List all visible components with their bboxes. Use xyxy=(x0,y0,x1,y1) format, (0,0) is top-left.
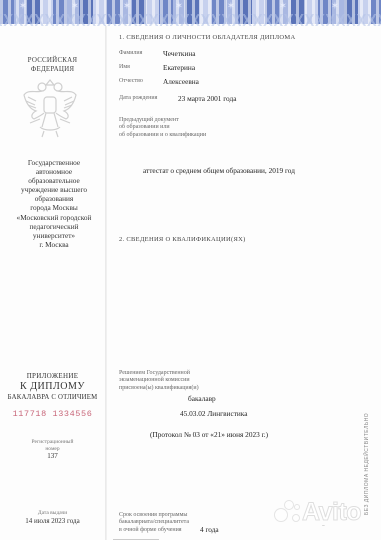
appendix-line: БАКАЛАВРА С ОТЛИЧИЕМ xyxy=(0,394,105,401)
previous-document-label: Предыдущий документ об образовании или о… xyxy=(119,117,206,139)
left-page: РОССИЙСКАЯ ФЕДЕРАЦИЯ Государственное авт… xyxy=(0,24,105,540)
surname-value: Чечеткина xyxy=(163,49,196,58)
duration-value: 4 года xyxy=(200,525,219,534)
right-page: 1. СВЕДЕНИЯ О ЛИЧНОСТИ ОБЛАДАТЕЛЯ ДИПЛОМ… xyxy=(108,24,381,540)
star-pattern-icon: ✶ xyxy=(278,2,288,12)
institution-line: университет» xyxy=(4,231,104,240)
institution-line: образовательное xyxy=(4,176,104,185)
appendix-line: ПРИЛОЖЕНИЕ xyxy=(0,372,105,380)
signature-mark: ~ xyxy=(322,524,325,529)
avito-brand-text: Avito xyxy=(302,498,361,527)
institution-line: города Москвы xyxy=(4,203,104,212)
duration-label: Срок освоения программы бакалавриата/спе… xyxy=(119,512,189,534)
protocol-value: (Протокол № 03 от «21» июня 2023 г.) xyxy=(150,430,268,439)
coat-of-arms-icon xyxy=(22,79,78,139)
country-name: РОССИЙСКАЯ ФЕДЕРАЦИЯ xyxy=(0,56,105,74)
institution-line: учреждение высшего xyxy=(4,185,104,194)
label-line: об образовании или xyxy=(119,124,206,131)
country-line: РОССИЙСКАЯ xyxy=(0,56,105,65)
star-pattern-icon: ✶ xyxy=(174,2,184,12)
page-fold xyxy=(105,26,107,540)
security-pattern-banner: ✶ ✶ ✶ ✶ ✶ ✶ ✶ xyxy=(0,0,381,24)
appendix-line: К ДИПЛОМУ xyxy=(0,381,105,392)
star-pattern-icon: ✶ xyxy=(70,2,80,12)
surname-label: Фамилия xyxy=(119,50,142,56)
label-line: об образовании и о квалификации xyxy=(119,132,206,139)
serial-number: 117718 1334556 xyxy=(0,409,105,419)
label-line: экзаменационной комиссии xyxy=(119,377,199,384)
name-value: Екатерина xyxy=(163,63,195,72)
issue-date: 14 июля 2023 года xyxy=(0,517,105,525)
star-pattern-icon: ✶ xyxy=(330,2,340,12)
institution-line: педагогический xyxy=(4,222,104,231)
section-2-title: 2. СВЕДЕНИЯ О КВАЛИФИКАЦИИ(ЯХ) xyxy=(119,236,246,243)
star-pattern-icon: ✶ xyxy=(226,2,236,12)
issue-date-label: Дата выдачи xyxy=(0,510,105,516)
country-line: ФЕДЕРАЦИЯ xyxy=(0,65,105,74)
institution-line: Государственное xyxy=(4,158,104,167)
specialty-value: 45.03.02 Лингвистика xyxy=(180,409,247,418)
star-pattern-icon: ✶ xyxy=(18,2,28,12)
institution-line: автономное xyxy=(4,167,104,176)
star-pattern-icon: ✶ xyxy=(122,2,132,12)
commission-label: Решением Государственной экзаменационной… xyxy=(119,370,199,392)
appendix-title: ПРИЛОЖЕНИЕ К ДИПЛОМУ БАКАЛАВРА С ОТЛИЧИЕ… xyxy=(0,372,105,401)
institution-name: Государственное автономное образовательн… xyxy=(4,158,104,249)
name-label: Имя xyxy=(119,64,130,70)
qualification-value: бакалавр xyxy=(188,394,216,403)
section-1-title: 1. СВЕДЕНИЯ О ЛИЧНОСТИ ОБЛАДАТЕЛЯ ДИПЛОМ… xyxy=(119,34,295,41)
patronymic-value: Алексеевна xyxy=(163,77,199,86)
previous-document-value: аттестат о среднем общем образовании, 20… xyxy=(143,166,295,175)
label-line: бакалавриата/специалитета xyxy=(119,519,189,526)
institution-line: г. Москва xyxy=(4,240,104,249)
institution-line: образования xyxy=(4,194,104,203)
institution-line: «Московский городской xyxy=(4,213,104,222)
avito-watermark: Avito ~ xyxy=(272,494,377,534)
registration-number: 137 xyxy=(0,452,105,460)
birth-date-label: Дата рождения xyxy=(119,95,157,101)
birth-date-value: 23 марта 2001 года xyxy=(178,94,236,103)
patronymic-label: Отчество xyxy=(119,78,143,84)
registration-label: Регистрационный номер xyxy=(0,439,105,452)
label-line: в очной форме обучения xyxy=(119,527,189,534)
label-line: присвоена(ы) квалификация(и) xyxy=(119,385,199,392)
